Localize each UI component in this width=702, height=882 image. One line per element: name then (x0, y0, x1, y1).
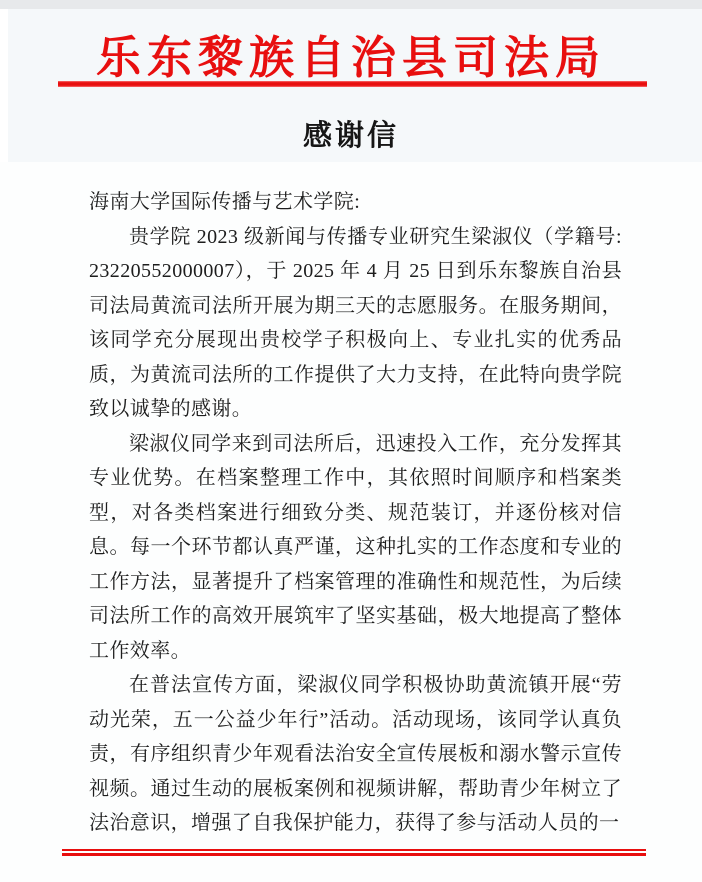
letter-body: 海南大学国际传播与艺术学院: 贵学院 2023 级新闻与传播专业研究生梁淑仪（学… (89, 185, 622, 841)
paragraph-legal-publicity: 在普法宣传方面，梁淑仪同学积极协助黄流镇开展“劳动光荣，五一公益少年行”活动。活… (89, 668, 622, 841)
salutation: 海南大学国际传播与艺术学院: (89, 185, 622, 220)
letter-title: 感谢信 (0, 113, 702, 154)
letterhead-rule (58, 81, 647, 87)
paragraph-intro: 贵学院 2023 级新闻与传播专业研究生梁淑仪（学籍号: 23220552000… (89, 220, 622, 427)
letterhead-title: 乐东黎族自治县司法局 (0, 21, 702, 86)
scan-top-edge (0, 0, 702, 9)
letterhead: 乐东黎族自治县司法局 感谢信 (0, 9, 702, 162)
paragraph-archive-work: 梁淑仪同学来到司法所后，迅速投入工作，充分发挥其专业优势。在档案整理工作中，其依… (89, 427, 622, 669)
footer-rule (62, 849, 646, 856)
